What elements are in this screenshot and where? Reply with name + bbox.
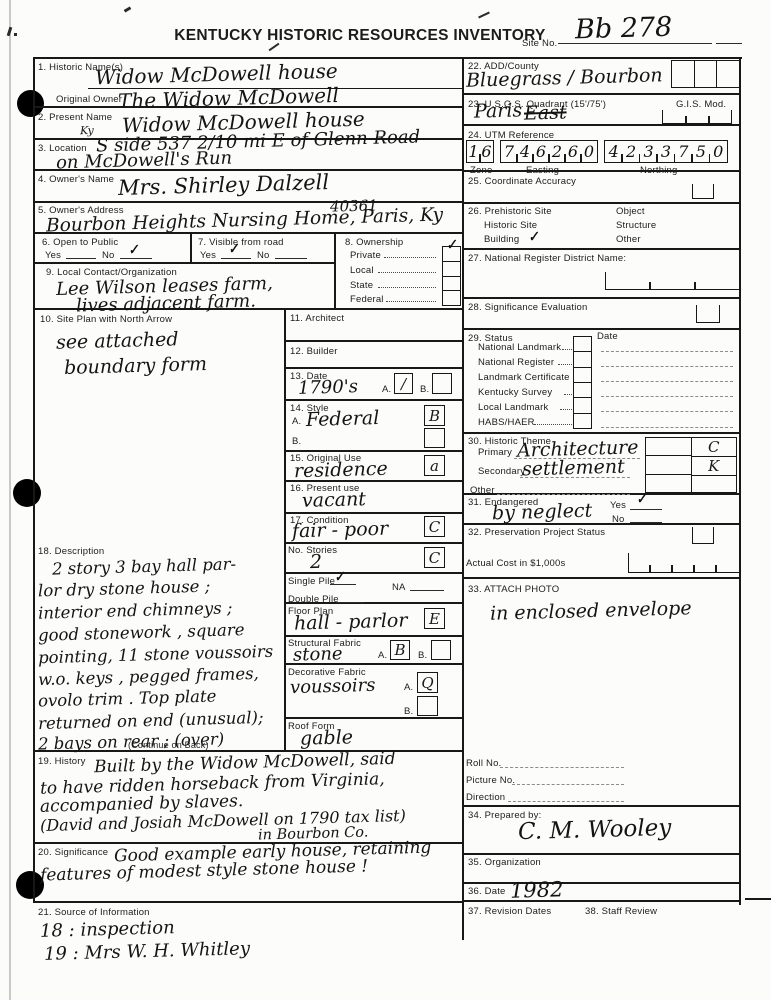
site-no-value: Bb 278	[575, 12, 673, 46]
single-pile-checkmark: ✓	[333, 569, 346, 586]
structure-label: Structure	[616, 220, 656, 231]
utm-northing-box: 423 375 0	[604, 140, 728, 163]
style-a-code-box: B	[424, 405, 445, 426]
ownership-private-checkmark: ✓	[445, 237, 458, 254]
endangered-value: by neglect	[492, 500, 593, 525]
coordinate-accuracy-label: 25. Coordinate Accuracy	[468, 176, 576, 187]
add-county-value: Bluegrass / Bourbon	[466, 64, 663, 91]
significance-line2: features of modest style stone house !	[40, 856, 369, 885]
date-a-checkbox: /	[394, 373, 413, 394]
endangered-yes-checkmark: ✓	[635, 491, 648, 508]
historic-site-label: Historic Site	[484, 220, 537, 231]
site-plan-line1: see attached	[56, 328, 179, 353]
site-no-label: Site No.	[522, 38, 557, 49]
description-line: lor dry stone house ;	[38, 577, 211, 601]
single-pile-label: Single Pile	[288, 576, 335, 587]
status-item: Landmark Certificate	[478, 372, 570, 383]
structural-a-code-box: B	[390, 640, 410, 660]
decorative-a-code-box: Q	[417, 672, 438, 693]
description-line: interior end chimneys ;	[38, 598, 233, 622]
nr-district-label: 27. National Register District Name:	[468, 253, 626, 264]
double-pile-label: Double Pile	[288, 594, 339, 605]
scanned-form-page: KENTUCKY HISTORIC RESOURCES INVENTORY Si…	[0, 0, 771, 1000]
date-value: 1790's	[298, 376, 359, 399]
prehistoric-site-label: 26. Prehistoric Site	[468, 206, 552, 217]
gis-mod-box	[662, 110, 732, 124]
ownership-federal-label: Federal	[350, 294, 384, 305]
scan-edge-artifact	[9, 0, 11, 1000]
open-no-label: No	[102, 250, 115, 261]
visible-yes-label: Yes	[200, 250, 216, 261]
architect-label: 11. Architect	[290, 313, 344, 324]
open-yes-label: Yes	[45, 250, 61, 261]
open-no-checkmark: ✓	[127, 242, 140, 259]
source-line1: 18 : inspection	[40, 917, 175, 942]
decorative-b-box	[417, 696, 438, 716]
significance-label: 20. Significance	[38, 847, 108, 858]
utm-zone-box: 16	[466, 140, 494, 163]
site-plan-label: 10. Site Plan with North Arrow	[40, 314, 172, 325]
ownership-private-label: Private	[350, 250, 381, 261]
picture-no-label: Picture No.	[466, 775, 515, 786]
status-item: National Register	[478, 357, 554, 368]
style-b-box	[424, 428, 445, 448]
endangered-yes-label: Yes	[610, 500, 626, 511]
historic-theme-code-grid: C K	[645, 437, 737, 493]
visible-yes-checkmark: ✓	[227, 241, 240, 258]
other-theme-label: Other	[470, 485, 495, 496]
original-use-value: residence	[294, 458, 388, 483]
description-line: ovolo trim . Top plate	[38, 687, 217, 711]
status-item: National Landmark	[478, 342, 561, 353]
hole-punch	[13, 479, 41, 507]
attach-photo-label: 33. ATTACH PHOTO	[468, 584, 559, 595]
style-a-value: Federal	[306, 407, 380, 431]
decorative-b-label: B.	[404, 706, 413, 717]
description-line: good stonework , square	[38, 620, 245, 645]
visible-no-label: No	[257, 250, 270, 261]
prepared-by-value: C. M. Wooley	[518, 815, 672, 845]
present-use-value: vacant	[302, 488, 366, 512]
continue-on-back-note: (Continue on Back)	[128, 740, 209, 750]
endangered-no-label: No	[612, 514, 625, 525]
utm-easting-label: Easting	[526, 165, 559, 176]
ownership-label: 8. Ownership	[345, 237, 403, 248]
significance-evaluation-box	[696, 305, 720, 323]
description-line: returned on end (unusual);	[38, 708, 264, 733]
description-line: pointing, 11 stone voussoirs	[38, 642, 274, 668]
style-b-label: B.	[292, 436, 301, 447]
source-of-information-label: 21. Source of Information	[38, 907, 150, 918]
date-b-checkbox	[432, 373, 452, 394]
primary-theme-label: Primary	[478, 447, 512, 458]
building-label: Building	[484, 234, 519, 245]
significance-evaluation-label: 28. Significance Evaluation	[468, 302, 587, 313]
utm-northing-label: Northing	[640, 165, 678, 176]
condition-code-box: C	[424, 516, 445, 537]
revision-dates-label: 37. Revision Dates	[468, 906, 551, 917]
date-b-label: B.	[420, 384, 429, 395]
description-label: 18. Description	[38, 546, 104, 557]
na-label: NA	[392, 582, 406, 593]
date-prepared-label: 36. Date	[468, 886, 506, 897]
status-checkbox-stack	[573, 336, 592, 429]
present-name-label: 2. Present Name	[38, 112, 112, 123]
date-prepared-value: 1982	[510, 877, 564, 902]
builder-label: 12. Builder	[290, 346, 338, 357]
owner-name-value: Mrs. Shirley Dalzell	[118, 170, 330, 200]
source-line2: 19 : Mrs W. H. Whitley	[44, 938, 251, 965]
add-county-code-box	[671, 60, 740, 88]
actual-cost-box	[628, 553, 740, 573]
roof-form-value: gable	[300, 726, 354, 749]
staff-review-label: 38. Staff Review	[585, 906, 657, 917]
structural-b-box	[431, 640, 451, 660]
status-item: Kentucky Survey	[478, 387, 552, 398]
structural-b-label: B.	[418, 650, 427, 661]
other-site-label: Other	[616, 234, 641, 245]
stray-mark	[124, 6, 132, 12]
actual-cost-label: Actual Cost in $1,000s	[466, 558, 565, 569]
organization-label: 35. Organization	[468, 857, 541, 868]
status-date-label: Date	[597, 331, 618, 342]
coordinate-accuracy-box	[692, 184, 714, 199]
object-label: Object	[616, 206, 645, 217]
utm-zone-label: Zone	[470, 165, 492, 176]
stray-mark	[478, 12, 490, 19]
status-item: HABS/HAER	[478, 417, 535, 428]
visible-from-road-label: 7. Visible from road	[198, 237, 284, 248]
owner-name-label: 4. Owner's Name	[38, 174, 114, 185]
gis-mod-label: G.I.S. Mod.	[676, 99, 726, 110]
building-checkmark: ✓	[527, 229, 540, 246]
ownership-state-label: State	[350, 280, 373, 291]
ownership-local-label: Local	[350, 265, 374, 276]
roll-no-label: Roll No.	[466, 758, 501, 769]
secondary-theme-code: K	[692, 456, 737, 475]
stray-mark	[7, 27, 13, 36]
stories-code-box: C	[424, 547, 445, 568]
date-a-label: A.	[382, 384, 391, 395]
usgs-quadrant-struck-value: East	[524, 101, 567, 124]
attach-photo-value: in enclosed envelope	[490, 597, 692, 625]
decorative-fabric-value: voussoirs	[290, 675, 376, 698]
preservation-status-box	[692, 527, 714, 544]
decorative-a-label: A.	[404, 682, 413, 693]
stories-value: 2	[310, 551, 323, 573]
original-owner-label: Original Owner	[56, 94, 122, 105]
condition-value: fair - poor	[292, 518, 389, 543]
direction-label: Direction	[466, 792, 505, 803]
stray-mark	[14, 33, 17, 36]
description-line: 2 story 3 bay hall par-	[52, 554, 237, 578]
ownership-checkbox-stack	[442, 246, 461, 306]
primary-theme-code: C	[692, 438, 737, 456]
site-plan-line2: boundary form	[64, 353, 208, 379]
structural-a-label: A.	[378, 650, 387, 661]
local-contact-line2: lives adjacent farm.	[76, 290, 256, 316]
open-to-public-label: 6. Open to Public	[42, 237, 118, 248]
floor-plan-code-box: E	[424, 608, 445, 629]
form-title: KENTUCKY HISTORIC RESOURCES INVENTORY	[130, 27, 590, 45]
secondary-theme-label: Secondary	[478, 466, 525, 477]
present-name-note: Ky	[80, 124, 94, 137]
status-item: Local Landmark	[478, 402, 548, 413]
nr-district-box	[605, 272, 740, 290]
utm-easting-box: 746 260	[500, 140, 598, 163]
floor-plan-value: hall - parlor	[294, 609, 408, 634]
preservation-status-label: 32. Preservation Project Status	[468, 527, 605, 538]
usgs-quadrant-value: Paris	[474, 99, 523, 122]
structural-fabric-value: stone	[293, 643, 343, 665]
original-use-code-box: a	[424, 455, 445, 476]
history-label: 19. History	[38, 756, 86, 767]
description-line: w.o. keys , pegged frames,	[38, 664, 259, 689]
style-a-label: A.	[292, 416, 301, 427]
